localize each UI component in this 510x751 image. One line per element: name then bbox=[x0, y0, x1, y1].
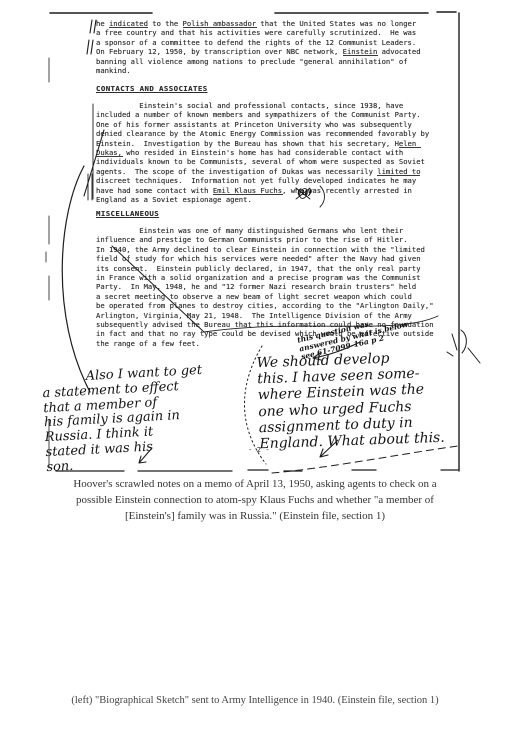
typed-line: its consent. Einstein publicly declared,… bbox=[96, 264, 434, 273]
typed-line: a free country and that his activities w… bbox=[96, 28, 421, 37]
typed-line: banning all violence among nations to pr… bbox=[96, 57, 421, 66]
bottom-caption: (left) "Biographical Sketch" sent to Arm… bbox=[0, 695, 510, 706]
handwritten-u-mark: (u) bbox=[297, 188, 312, 198]
caption-line: possible Einstein connection to atom-spy… bbox=[0, 493, 510, 509]
typed-line: Party. In May, 1948, he and "12 former N… bbox=[96, 282, 434, 291]
typed-line: in France with a solid organization and … bbox=[96, 273, 434, 282]
typed-line: One of his former assistants at Princeto… bbox=[96, 120, 429, 129]
pencil-underline bbox=[213, 194, 283, 195]
pencil-underline bbox=[343, 55, 378, 56]
memo-heading-contacts: CONTACTS AND ASSOCIATES bbox=[96, 84, 208, 93]
pencil-underline bbox=[399, 147, 421, 148]
hoover-note-left: Also I want to geta statement to effectt… bbox=[41, 364, 207, 476]
memo-paragraph-2: Einstein's social and professional conta… bbox=[96, 101, 429, 204]
pencil-underline bbox=[109, 27, 148, 28]
typed-line: England as a Soviet espionage agent. bbox=[96, 195, 429, 204]
typed-line: be operated from planes to destroy citie… bbox=[96, 301, 434, 310]
typed-line: individuals known to be Communists, seve… bbox=[96, 157, 429, 166]
photo-caption: Hoover's scrawled notes on a memo of Apr… bbox=[0, 477, 510, 525]
hoover-note-right: We should developthis. I have seen some-… bbox=[256, 349, 445, 453]
typed-line: Einstein. Investigation by the Bureau ha… bbox=[96, 139, 429, 148]
pencil-underline bbox=[183, 27, 257, 28]
book-page: he indicated to the Polish ambassador th… bbox=[0, 0, 510, 751]
typed-line: field of study for which his services we… bbox=[96, 254, 434, 263]
caption-line: [Einstein's] family was in Russia." (Ein… bbox=[0, 509, 510, 525]
typed-line: discreet techniques. Information not yet… bbox=[96, 176, 429, 185]
typed-line: Einstein's social and professional conta… bbox=[96, 101, 429, 110]
typed-line: mankind. bbox=[96, 66, 421, 75]
typed-line: a sponsor of a committee to defend the r… bbox=[96, 38, 421, 47]
typed-line: In 1940, the Army declined to clear Eins… bbox=[96, 245, 434, 254]
memo-page-number: - 2 - bbox=[248, 445, 270, 454]
typed-line: included a number of known members and s… bbox=[96, 110, 429, 119]
typed-line: Dukas, who resided in Einstein's home ha… bbox=[96, 148, 429, 157]
typed-line: denied clearance by the Atomic Energy Co… bbox=[96, 129, 429, 138]
caption-line: Hoover's scrawled notes on a memo of Apr… bbox=[0, 477, 510, 493]
typed-line: influence and prestige to German Communi… bbox=[96, 235, 434, 244]
typed-line: a secret meeting to observe a new beam o… bbox=[96, 292, 434, 301]
pencil-underline bbox=[377, 175, 420, 176]
memo-heading-miscellaneous: MISCELLANEOUS bbox=[96, 209, 159, 218]
pencil-underline bbox=[96, 156, 123, 157]
typed-line: Einstein was one of many distinguished G… bbox=[96, 226, 434, 235]
